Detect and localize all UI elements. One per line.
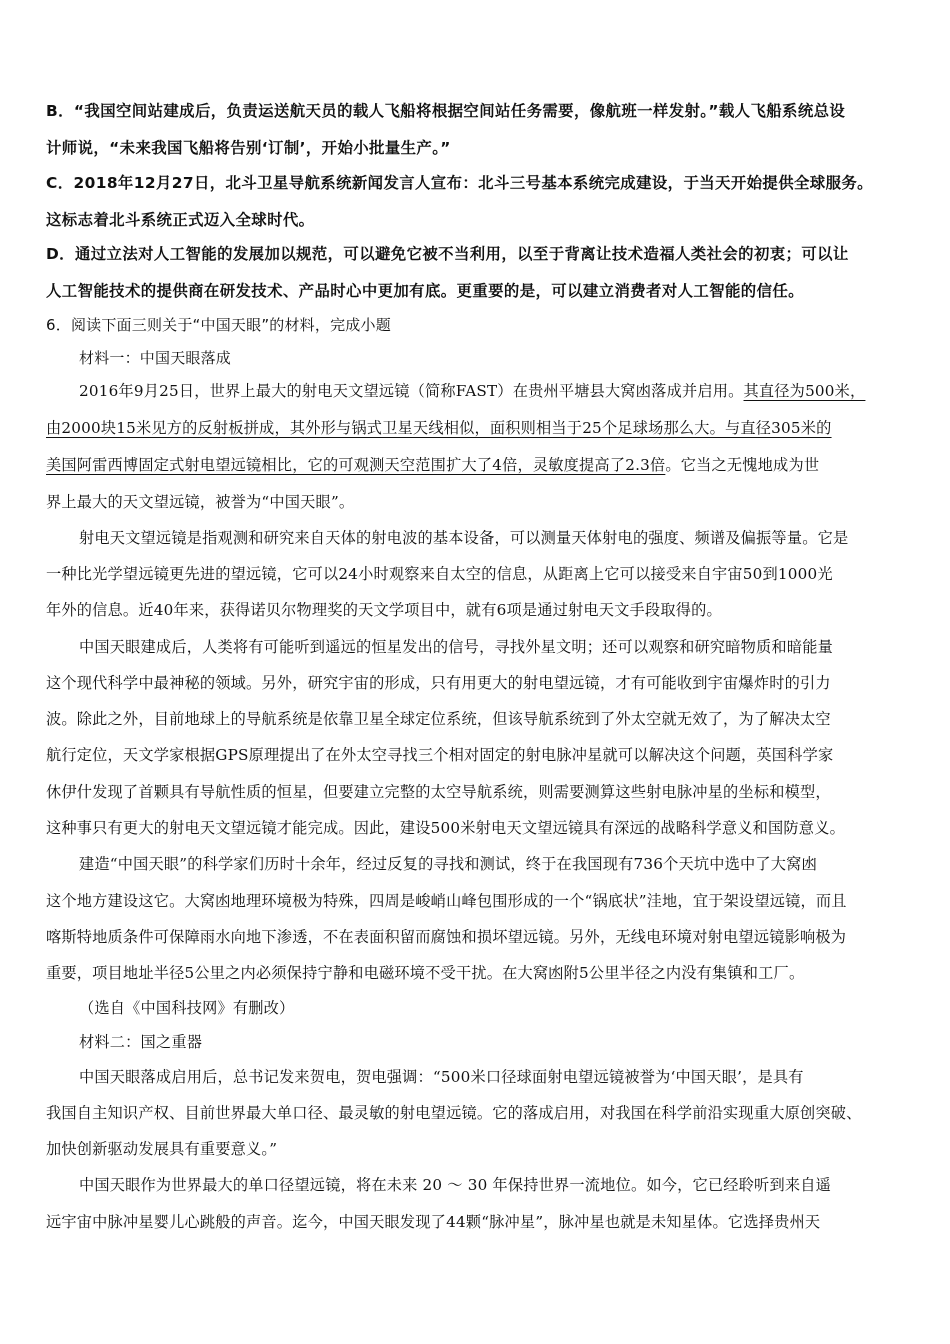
material-1-title: 材料一：中国天眼落成 [79,348,939,368]
material-2-p1-line-3: 加快创新驱动发展具有重要意义。” [46,1139,906,1159]
material-1-p4-line-1: 建造“中国天眼”的科学家们历时十余年，经过反复的寻找和测试，终于在我国现有736… [79,854,939,874]
material-1-p3-line-6: 这种事只有更大的射电天文望远镜才能完成。因此，建设500米射电天文望远镜具有深远… [46,818,906,838]
material-1-p3-line-5: 休伊什发现了首颗具有导航性质的恒星，但要建立完整的太空导航系统，则需要测算这些射… [46,782,906,802]
plain-text: 2016年9月25日，世界上最大的射电天文望远镜（简称FAST）在贵州平塘县大窝… [79,382,744,400]
option-b-label: B． [46,102,74,120]
underlined-text: 其直径为500米， [744,382,866,400]
material-1-p2-line-3: 年外的信息。近40年来，获得诺贝尔物理奖的天文学项目中，就有6项是通过射电天文手… [46,600,906,620]
material-1-p2-line-1: 射电天文望远镜是指观测和研究来自天体的射电波的基本设备，可以测量天体射电的强度、… [79,528,939,548]
material-2-p1-line-2: 我国自主知识产权、目前世界最大单口径、最灵敏的射电望远镜。它的落成启用，对我国在… [46,1103,906,1123]
material-1-source: （选自《中国科技网》有删改） [79,998,939,1018]
option-b-text: “我国空间站建成后，负责运送航天员的载人飞船将根据空间站任务需要，像航班一样发射… [74,102,845,120]
material-1-p4-line-4: 重要，项目地址半径5公里之内必须保持宁静和电磁环境不受干扰。在大窝凼附5公里半径… [46,963,906,983]
material-1-p2-line-2: 一种比光学望远镜更先进的望远镜，它可以24小时观察来自太空的信息，从距离上它可以… [46,564,906,584]
material-2-p2-line-2: 远宇宙中脉冲星婴儿心跳般的声音。迄今，中国天眼发现了44颗“脉冲星”，脉冲星也就… [46,1212,906,1232]
option-d-line-2: 人工智能技术的提供商在研发技术、产品时心中更加有底。更重要的是，可以建立消费者对… [46,281,906,301]
option-c-text: 2018年12月27日，北斗卫星导航系统新闻发言人宣布：北斗三号基本系统完成建设… [74,174,873,192]
material-1-p4-line-3: 喀斯特地质条件可保障雨水向地下渗透，不在表面积留而腐蚀和损坏望远镜。另外，无线电… [46,927,906,947]
option-c-label: C． [46,174,74,192]
option-b-line-1: B．“我国空间站建成后，负责运送航天员的载人飞船将根据空间站任务需要，像航班一样… [46,101,906,121]
option-d-label: D． [46,245,75,263]
option-c-line-2: 这标志着北斗系统正式迈入全球时代。 [46,210,906,230]
material-2-p2-line-1: 中国天眼作为世界最大的单口径望远镜，将在未来 20 ～ 30 年保持世界一流地位… [79,1175,939,1195]
option-d-text: 通过立法对人工智能的发展加以规范，可以避免它被不当利用，以至于背离让技术造福人类… [75,245,849,263]
option-d-line-1: D．通过立法对人工智能的发展加以规范，可以避免它被不当利用，以至于背离让技术造福… [46,244,906,264]
material-1-p3-line-3: 波。除此之外，目前地球上的导航系统是依靠卫星全球定位系统，但该导航系统到了外太空… [46,709,906,729]
material-1-p3-line-1: 中国天眼建成后，人类将有可能听到遥远的恒星发出的信号，寻找外星文明；还可以观察和… [79,637,939,657]
question-6-stem: 6．阅读下面三则关于“中国天眼”的材料，完成小题 [46,315,906,335]
material-2-p1-line-1: 中国天眼落成启用后，总书记发来贺电，贺电强调：“500米口径球面射电望远镜被誉为… [79,1067,939,1087]
material-1-p3-line-4: 航行定位，天文学家根据GPS原理提出了在外太空寻找三个相对固定的射电脉冲星就可以… [46,745,906,765]
underlined-text: 美国阿雷西博固定式射电望远镜相比，它的可观测天空范围扩大了4倍，灵敏度提高了2.… [46,456,665,474]
plain-text: 。它当之无愧地成为世 [665,456,819,474]
material-1-p1-line-4: 界上最大的天文望远镜，被誉为“中国天眼”。 [46,492,906,512]
material-1-p4-line-2: 这个地方建设这它。大窝凼地理环境极为特殊，四周是峻峭山峰包围形成的一个“锅底状”… [46,891,906,911]
material-1-p1-line-1: 2016年9月25日，世界上最大的射电天文望远镜（简称FAST）在贵州平塘县大窝… [79,381,939,401]
document-page: B．“我国空间站建成后，负责运送航天员的载人飞船将根据空间站任务需要，像航班一样… [0,0,950,1344]
material-1-p3-line-2: 这个现代科学中最神秘的领域。另外，研究宇宙的形成，只有用更大的射电望远镜，才有可… [46,673,906,693]
material-1-p1-line-3: 美国阿雷西博固定式射电望远镜相比，它的可观测天空范围扩大了4倍，灵敏度提高了2.… [46,455,906,475]
material-2-title: 材料二：国之重器 [79,1032,939,1052]
option-c-line-1: C．2018年12月27日，北斗卫星导航系统新闻发言人宣布：北斗三号基本系统完成… [46,173,906,193]
material-1-p1-line-2: 由2000块15米见方的反射板拼成，其外形与锅式卫星天线相似，面积则相当于25个… [46,418,906,438]
option-b-line-2: 计师说，“未来我国飞船将告别‘订制’，开始小批量生产。” [46,138,906,158]
